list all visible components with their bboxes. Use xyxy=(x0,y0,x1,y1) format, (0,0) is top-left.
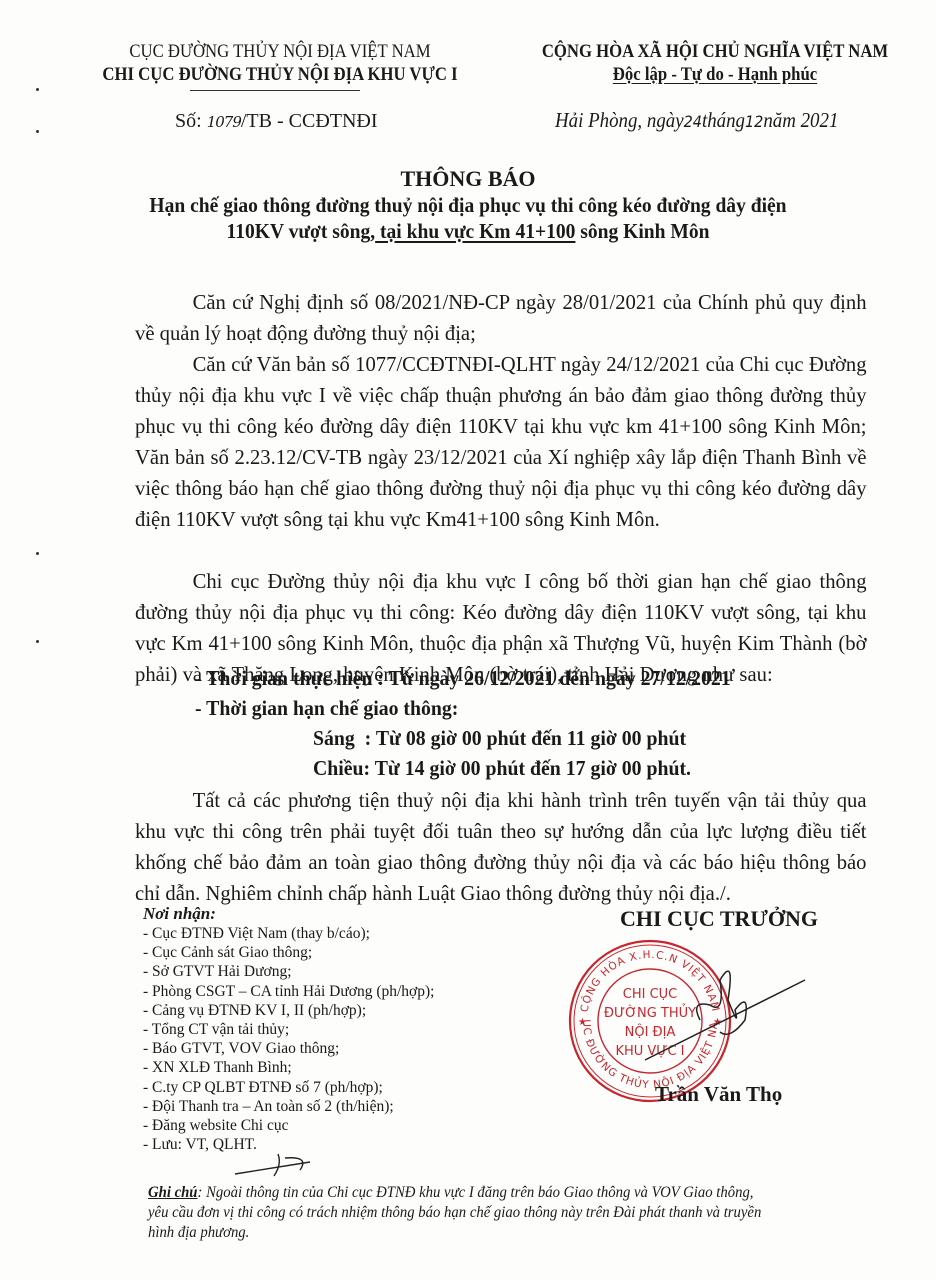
month-handwritten: 12 xyxy=(745,112,763,131)
scan-mark xyxy=(36,552,39,555)
recipients-block: Nơi nhận: - Cục ĐTNĐ Việt Nam (thay b/cá… xyxy=(143,904,434,1154)
nation-name: CỘNG HÒA XÃ HỘI CHỦ NGHĨA VIỆT NAM xyxy=(526,40,904,64)
recipient-item: - Đội Thanh tra – An toàn số 2 (th/hiện)… xyxy=(143,1097,434,1116)
motto-wrap: Độc lập - Tự do - Hạnh phúc xyxy=(526,63,904,87)
recipient-item: - C.ty CP QLBT ĐTNĐ số 7 (ph/hợp); xyxy=(143,1078,434,1097)
recipient-item: - Cảng vụ ĐTNĐ KV I, II (ph/hợp); xyxy=(143,1001,434,1020)
month-label: tháng xyxy=(702,108,745,132)
sub-agency-name: CHI CỤC ĐƯỜNG THỦY NỘI ĐỊA KHU VỰC I xyxy=(86,63,473,87)
recipient-item: - Tổng CT vận tải thủy; xyxy=(143,1020,434,1039)
subtitle-part-c: sông Kinh Môn xyxy=(575,219,709,243)
scan-mark xyxy=(36,130,39,133)
recipient-item: - Cục Cảnh sát Giao thông; xyxy=(143,943,434,962)
agency-name: CỤC ĐƯỜNG THỦY NỘI ĐỊA VIỆT NAM xyxy=(86,40,473,64)
recipient-item: - XN XLĐ Thanh Bình; xyxy=(143,1058,434,1077)
note-label: Ghi chú xyxy=(148,1184,197,1201)
restriction-time-label: - Thời gian hạn chế giao thông: xyxy=(195,696,458,721)
recipients-list: - Cục ĐTNĐ Việt Nam (thay b/cáo);- Cục C… xyxy=(143,924,434,1154)
execution-time: - Thời gian thực hiện : Từ ngày 26/12/20… xyxy=(195,666,731,691)
signature-scribble-icon xyxy=(640,960,810,1070)
initials-mark-icon xyxy=(230,1150,320,1180)
note-line2: yêu cầu đơn vị thi công có trách nhiệm t… xyxy=(148,1203,761,1222)
header-left-rule xyxy=(190,90,360,91)
doc-number: Số: 1079/TB - CCĐTNĐI xyxy=(175,110,378,133)
svg-text:★: ★ xyxy=(578,1017,587,1028)
notice-subtitle-line2: 110KV vượt sông, tại khu vực Km 41+100 s… xyxy=(33,219,903,244)
recipients-label: Nơi nhận: xyxy=(143,904,434,924)
scan-mark xyxy=(36,88,39,91)
note-line1: Ghi chú: Ngoài thông tin của Chi cục ĐTN… xyxy=(148,1183,753,1202)
subtitle-part-a: 110KV vượt sông, xyxy=(227,219,376,243)
day-handwritten: 24 xyxy=(684,112,702,131)
restriction-morning: Sáng : Từ 08 giờ 00 phút đến 11 giờ 00 p… xyxy=(313,726,686,751)
paragraph-legal-basis-2: Căn cứ Văn bản số 1077/CCĐTNĐI-QLHT ngày… xyxy=(135,349,867,535)
note-text-1: : Ngoài thông tin của Chi cục ĐTNĐ khu v… xyxy=(197,1184,753,1201)
notice-heading: THÔNG BÁO xyxy=(0,166,936,192)
restriction-afternoon: Chiều: Từ 14 giờ 00 phút đến 17 giờ 00 p… xyxy=(313,756,691,781)
year-label: năm 2021 xyxy=(763,108,838,132)
place-date: Hải Phòng, ngày24tháng12năm 2021 xyxy=(555,108,838,133)
subtitle-part-b: tại khu vực Km 41+100 xyxy=(375,219,575,243)
signer-name: Trần Văn Thọ xyxy=(655,1082,782,1107)
signer-position: CHI CỤC TRƯỞNG xyxy=(620,906,818,932)
recipient-item: - Báo GTVT, VOV Giao thông; xyxy=(143,1039,434,1058)
doc-number-suffix: /TB - CCĐTNĐI xyxy=(241,110,378,132)
doc-number-label: Số: xyxy=(175,110,202,132)
paragraph-compliance: Tất cả các phương tiện thuỷ nội địa khi … xyxy=(135,785,867,909)
recipient-item: - Đăng website Chi cục xyxy=(143,1116,434,1135)
doc-number-handwritten: 1079 xyxy=(207,113,241,131)
note-line3: hình địa phương. xyxy=(148,1223,249,1242)
recipient-item: - Cục ĐTNĐ Việt Nam (thay b/cáo); xyxy=(143,924,434,943)
notice-subtitle-line1: Hạn chế giao thông đường thuỷ nội địa ph… xyxy=(33,193,903,218)
paragraph-legal-basis-1: Căn cứ Nghị định số 08/2021/NĐ-CP ngày 2… xyxy=(135,287,867,349)
place-date-prefix: Hải Phòng, ngày xyxy=(555,108,684,132)
scan-mark xyxy=(36,640,39,643)
motto: Độc lập - Tự do - Hạnh phúc xyxy=(613,64,817,85)
recipient-item: - Phòng CSGT – CA tỉnh Hải Dương (ph/hợp… xyxy=(143,982,434,1001)
recipient-item: - Sở GTVT Hải Dương; xyxy=(143,962,434,981)
